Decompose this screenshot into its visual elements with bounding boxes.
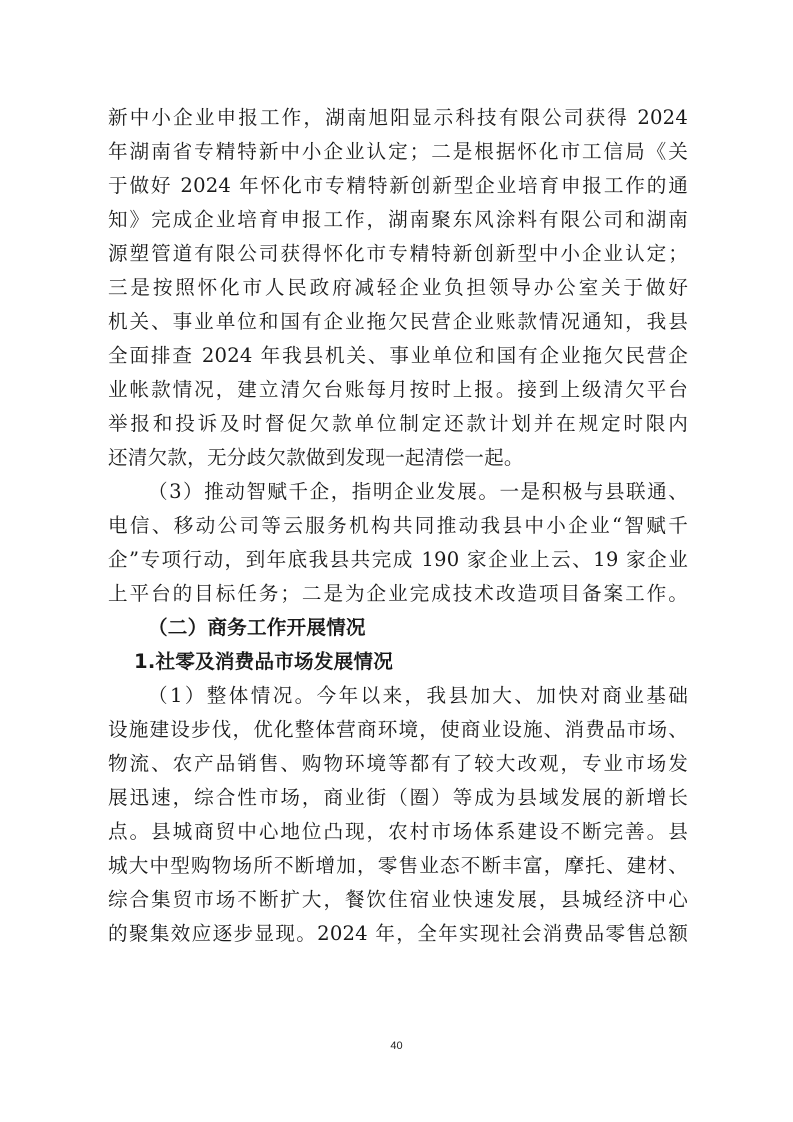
paragraph-line: 年湖南省专精特新中小企业认定；二是根据怀化市工信局《关 bbox=[108, 135, 688, 169]
paragraph-line: 新中小企业申报工作，湖南旭阳显示科技有限公司获得 2024 bbox=[108, 101, 688, 135]
paragraph-line: 物流、农产品销售、购物环境等都有了较大改观，专业市场发 bbox=[108, 747, 688, 781]
paragraph-line: 综合集贸市场不断扩大，餐饮住宿业快速发展，县城经济中心 bbox=[108, 883, 688, 917]
paragraph-line: 三是按照怀化市人民政府减轻企业负担领导办公室关于做好 bbox=[108, 271, 688, 305]
paragraph-line: 知》完成企业培育申报工作，湖南聚东风涂料有限公司和湖南 bbox=[108, 203, 688, 237]
paragraph-line: 还清欠款，无分歧欠款做到发现一起清偿一起。 bbox=[108, 441, 688, 475]
paragraph-line: 全面排查 2024 年我县机关、事业单位和国有企业拖欠民营企 bbox=[108, 339, 688, 373]
paragraph-line: 电信、移动公司等云服务机构共同推动我县中小企业“智赋千 bbox=[108, 509, 688, 543]
paragraph-line: 展迅速，综合性市场，商业街（圈）等成为县域发展的新增长 bbox=[108, 781, 688, 815]
paragraph-line: 举报和投诉及时督促欠款单位制定还款计划并在规定时限内 bbox=[108, 407, 688, 441]
paragraph-line: （1）整体情况。今年以来，我县加大、加快对商业基础 bbox=[148, 679, 688, 713]
paragraph-line: 城大中型购物场所不断增加，零售业态不断丰富，摩托、建材、 bbox=[108, 849, 688, 883]
paragraph-line: 源塑管道有限公司获得怀化市专精特新创新型中小企业认定； bbox=[108, 237, 688, 271]
paragraph-line: 于做好 2024 年怀化市专精特新创新型企业培育申报工作的通 bbox=[108, 169, 688, 203]
paragraph-line: 的聚集效应逐步显现。2024 年，全年实现社会消费品零售总额 bbox=[108, 917, 688, 951]
paragraph-line: 上平台的目标任务；二是为企业完成技术改造项目备案工作。 bbox=[108, 577, 688, 611]
paragraph-line: 设施建设步伐，优化整体营商环境，使商业设施、消费品市场、 bbox=[108, 713, 688, 747]
subsection-heading: 1.社零及消费品市场发展情况 bbox=[134, 645, 454, 679]
document-page: 新中小企业申报工作，湖南旭阳显示科技有限公司获得 2024 年湖南省专精特新中小… bbox=[0, 0, 793, 1122]
paragraph-line: （3）推动智赋千企，指明企业发展。一是积极与县联通、 bbox=[148, 475, 688, 509]
paragraph-line: 企”专项行动，到年底我县共完成 190 家企业上云、19 家企业 bbox=[108, 543, 688, 577]
paragraph-line: 点。县城商贸中心地位凸现，农村市场体系建设不断完善。县 bbox=[108, 815, 688, 849]
paragraph-line: 机关、事业单位和国有企业拖欠民营企业账款情况通知，我县 bbox=[108, 305, 688, 339]
section-heading: （二）商务工作开展情况 bbox=[148, 611, 448, 645]
page-number: 40 bbox=[0, 1040, 793, 1052]
paragraph-line: 业帐款情况，建立清欠台账每月按时上报。接到上级清欠平台 bbox=[108, 373, 688, 407]
